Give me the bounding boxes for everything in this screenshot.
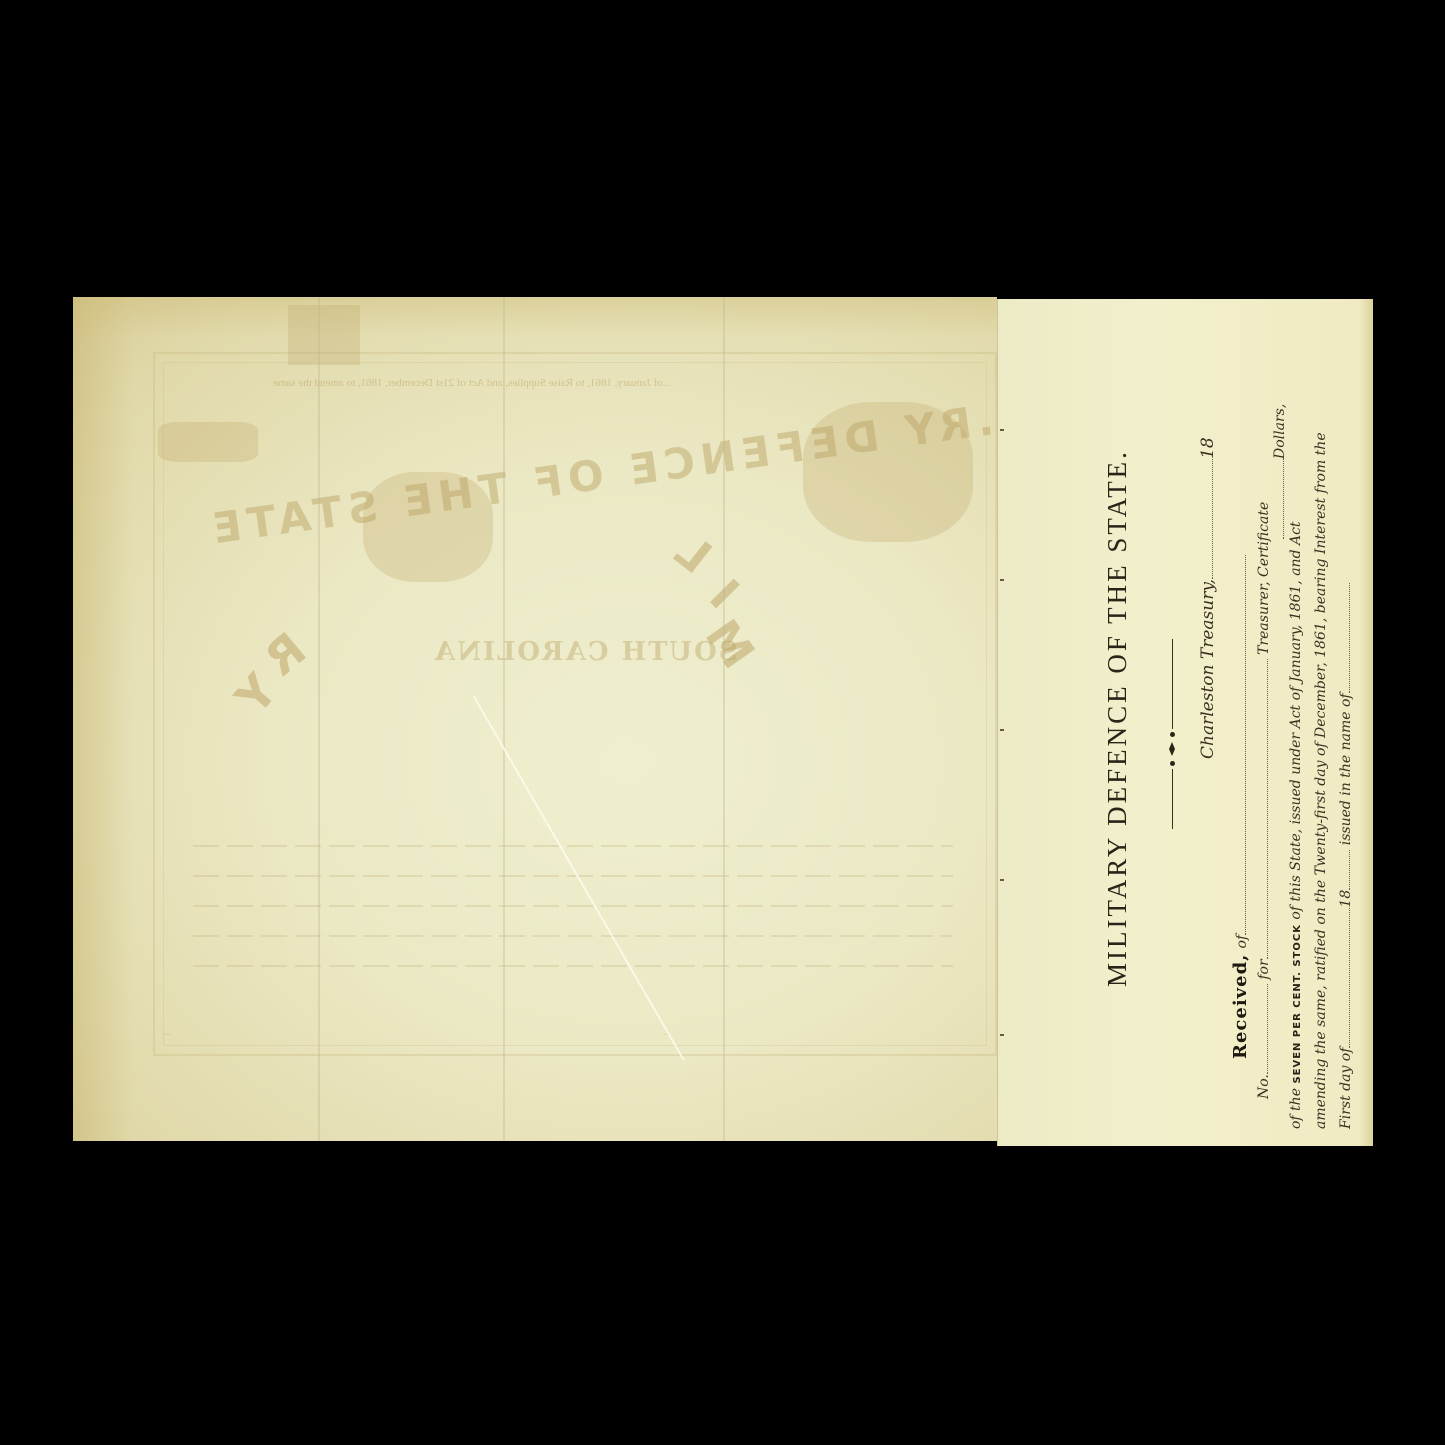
year-prefix: 18 — [1198, 437, 1218, 459]
first-day-label: First day of — [1338, 1048, 1354, 1129]
fold-line — [318, 297, 320, 1141]
date-blank[interactable] — [1211, 459, 1213, 579]
received-of-label: of — [1234, 935, 1250, 949]
number-blank[interactable] — [1266, 984, 1268, 1074]
dollars-blank[interactable] — [1282, 459, 1284, 539]
perforation-mark — [1000, 429, 1004, 431]
perforation-mark — [1000, 879, 1004, 881]
stub-title: MILITARY DEFENCE OF THE STATE. — [1102, 449, 1133, 987]
perforation-mark — [1000, 1034, 1004, 1036]
bleed-through-subtitle: SOUTH CAROLINA — [433, 637, 738, 667]
received-of-blank[interactable] — [1244, 555, 1246, 935]
issued-name-label: issued in the name of — [1338, 693, 1354, 845]
paper-stain-top — [73, 297, 997, 337]
for-label: for — [1256, 959, 1272, 979]
received-line: Received, of — [1230, 555, 1251, 1059]
stock-line: of the SEVEN PER CENT. STOCK of this Sta… — [1288, 521, 1304, 1129]
certificate-reverse: ...of January, 1861, to Raise Supplies, … — [73, 297, 997, 1141]
perforation-mark — [1000, 579, 1004, 581]
bleed-through-footer-left: ... — [163, 1027, 171, 1038]
perforation-mark — [1000, 729, 1004, 731]
first-day-blank[interactable] — [1348, 908, 1350, 1048]
of-the-label: of the — [1288, 1088, 1304, 1129]
received-label: Received, — [1230, 954, 1251, 1059]
bleed-through-header: ...of January, 1861, to Raise Supplies, … — [273, 377, 671, 389]
year-prefix-2: 18 — [1338, 890, 1354, 908]
fold-line — [503, 297, 505, 1141]
paper-stain-right — [1359, 299, 1373, 1146]
amending-line: amending the same, ratified on the Twent… — [1313, 432, 1329, 1129]
ornamental-rule — [1169, 639, 1175, 829]
place-date-line: Charleston Treasury,18 — [1198, 437, 1218, 759]
place-label: Charleston Treasury, — [1198, 579, 1218, 759]
year-blank[interactable] — [1348, 850, 1350, 890]
number-line: No. for Treasurer, Certificate — [1256, 502, 1272, 1099]
certificate-stub: MILITARY DEFENCE OF THE STATE. Charlesto… — [997, 299, 1373, 1146]
first-day-line: First day of18 issued in the name of — [1338, 583, 1354, 1129]
dollars-line: Dollars, — [1272, 404, 1288, 539]
name-blank[interactable] — [1348, 583, 1350, 693]
for-blank[interactable] — [1266, 659, 1268, 959]
paper-stain-left — [73, 297, 133, 1141]
treasurer-label: Treasurer, — [1256, 581, 1272, 654]
stock-line-rest: of this State, issued under Act of Janua… — [1288, 521, 1304, 919]
stock-type: SEVEN PER CENT. STOCK — [1292, 924, 1303, 1084]
no-label: No. — [1256, 1074, 1272, 1099]
dollars-label: Dollars, — [1272, 404, 1288, 459]
certificate-label: Certificate — [1256, 502, 1272, 577]
bleed-through-body-lines — [193, 817, 953, 995]
fold-line — [723, 297, 725, 1141]
